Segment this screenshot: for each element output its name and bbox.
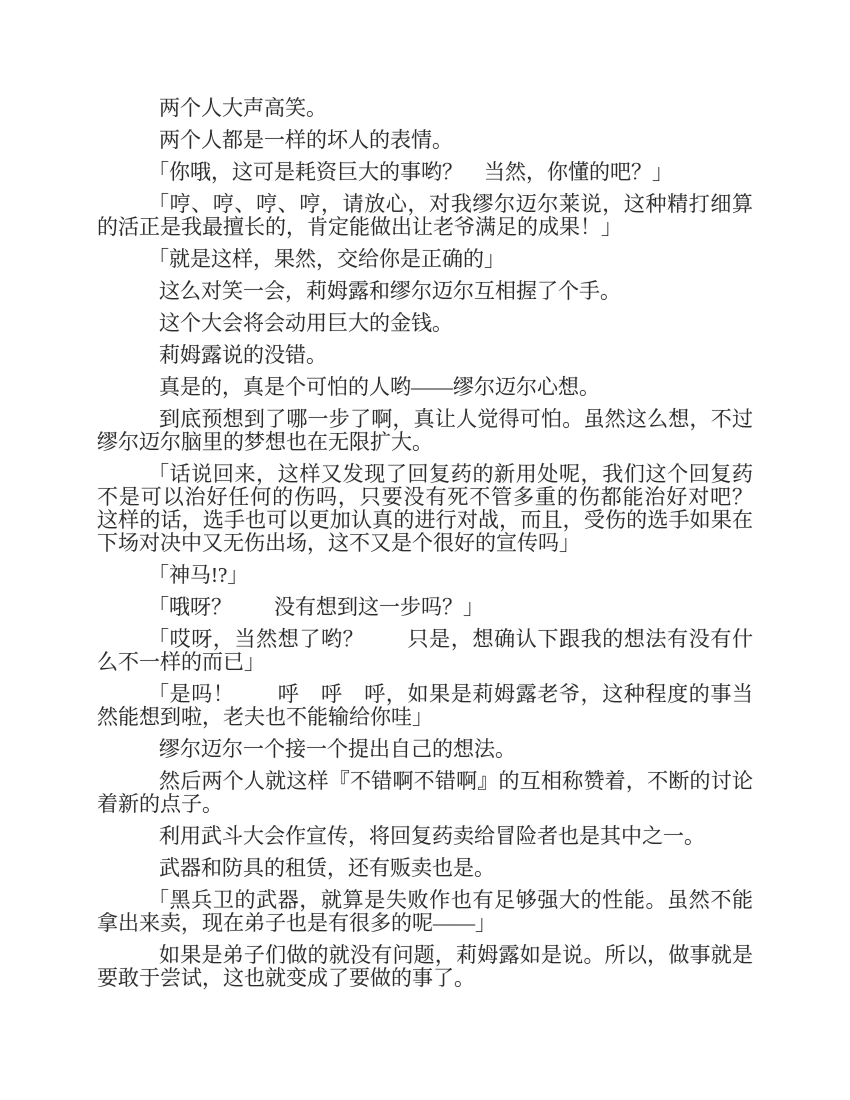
- paragraph-7: 这个大会将会动用巨大的金钱。: [97, 312, 753, 335]
- paragraph-19: 武器和防具的租赁，还有贩卖也是。: [97, 857, 753, 880]
- page-content: 两个人大声高笑。 两个人都是一样的坏人的表情。 「你哦，这可是耗资巨大的事哟？ …: [97, 97, 753, 999]
- paragraph-4: 「哼、哼、哼、哼，请放心，对我缪尔迈尔莱说，这种精打细算的活正是我最擅长的，肯定…: [97, 193, 753, 239]
- paragraph-1: 两个人大声高笑。: [97, 97, 753, 120]
- paragraph-16: 缪尔迈尔一个接一个提出自己的想法。: [97, 738, 753, 761]
- paragraph-14: 「哎呀，当然想了哟？ 只是，想确认下跟我的想法有没有什么不一样的而已」: [97, 628, 753, 674]
- paragraph-20: 「黑兵卫的武器，就算是失败作也有足够强大的性能。虽然不能拿出来卖，现在弟子也是有…: [97, 889, 753, 935]
- paragraph-3: 「你哦，这可是耗资巨大的事哟？ 当然，你懂的吧？」: [97, 161, 753, 184]
- paragraph-15: 「是吗！ 呼 呼 呼，如果是莉姆露老爷，这种程度的事当然能想到啦，老夫也不能输给…: [97, 683, 753, 729]
- paragraph-5: 「就是这样，果然，交给你是正确的」: [97, 248, 753, 271]
- paragraph-6: 这么对笑一会，莉姆露和缪尔迈尔互相握了个手。: [97, 280, 753, 303]
- paragraph-18: 利用武斗大会作宣传，将回复药卖给冒险者也是其中之一。: [97, 825, 753, 848]
- paragraph-10: 到底预想到了哪一步了啊，真让人觉得可怕。虽然这么想，不过缪尔迈尔脑里的梦想也在无…: [97, 408, 753, 454]
- paragraph-13: 「哦呀？ 没有想到这一步吗？」: [97, 596, 753, 619]
- paragraph-17: 然后两个人就这样『不错啊不错啊』的互相称赞着，不断的讨论着新的点子。: [97, 770, 753, 816]
- paragraph-21: 如果是弟子们做的就没有问题，莉姆露如是说。所以，做事就是要敢于尝试，这也就变成了…: [97, 944, 753, 990]
- paragraph-12: 「神马!?」: [97, 564, 753, 587]
- novel-page: 两个人大声高笑。 两个人都是一样的坏人的表情。 「你哦，这可是耗资巨大的事哟？ …: [0, 0, 850, 1100]
- paragraph-8: 莉姆露说的没错。: [97, 344, 753, 367]
- paragraph-9: 真是的，真是个可怕的人哟——缪尔迈尔心想。: [97, 376, 753, 399]
- paragraph-11: 「话说回来，这样又发现了回复药的新用处呢，我们这个回复药不是可以治好任何的伤吗，…: [97, 463, 753, 555]
- paragraph-2: 两个人都是一样的坏人的表情。: [97, 129, 753, 152]
